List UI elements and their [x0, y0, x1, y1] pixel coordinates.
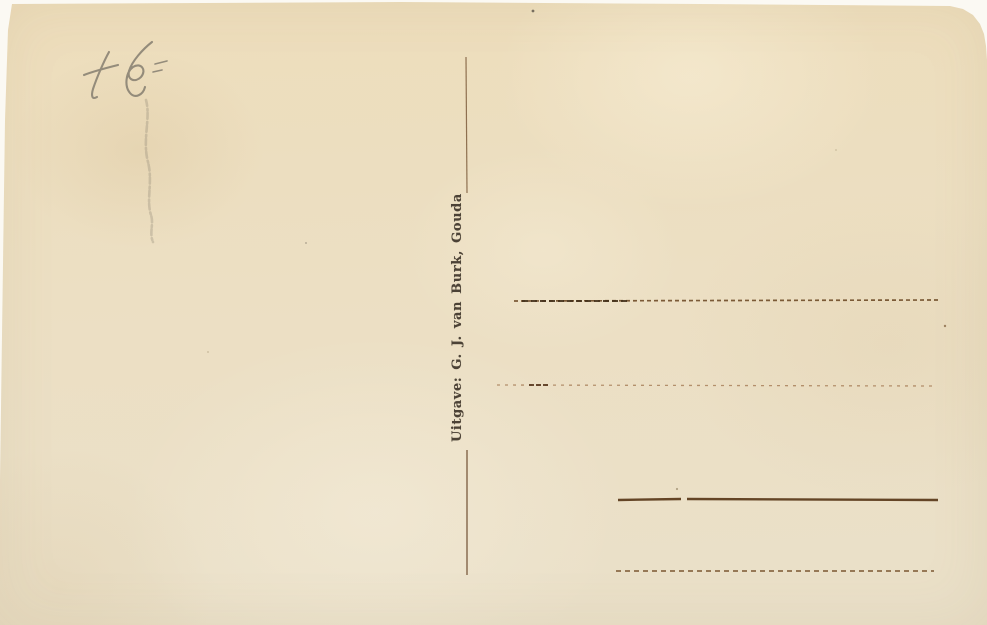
- handwritten-price-mark: [84, 42, 167, 98]
- postcard-scan: Uitgave: G. J. van Burk, Gouda: [0, 0, 987, 625]
- handwriting-layer: [0, 0, 987, 625]
- postcard-back: Uitgave: G. J. van Burk, Gouda: [0, 0, 987, 625]
- pencil-smudge: [146, 100, 153, 242]
- publisher-imprint: Uitgave: G. J. van Burk, Gouda: [450, 204, 478, 442]
- paper-specks: [207, 10, 946, 491]
